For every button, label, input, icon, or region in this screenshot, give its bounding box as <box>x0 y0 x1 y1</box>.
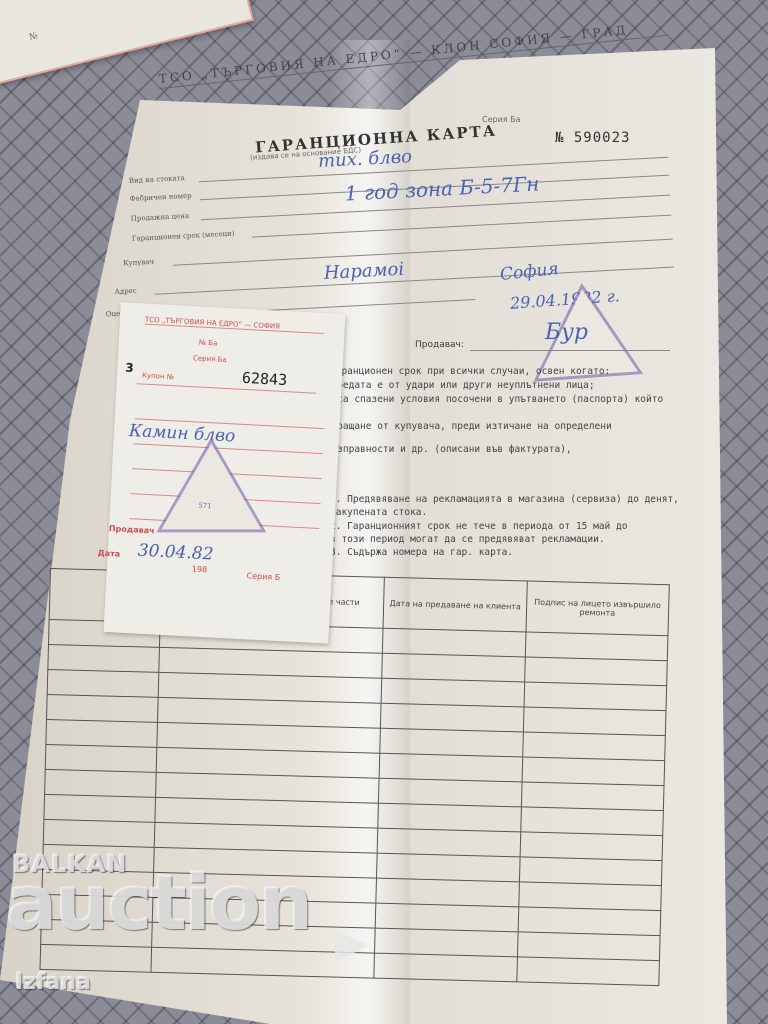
table-cell <box>377 853 520 882</box>
table-cell <box>525 632 668 661</box>
table-cell <box>520 832 663 861</box>
table-cell <box>379 778 522 807</box>
corner-mark: № <box>28 31 39 43</box>
table-cell <box>375 903 518 932</box>
coupon-triangle-stamp <box>156 437 266 532</box>
table-cell <box>375 928 518 957</box>
table-cell <box>376 878 519 907</box>
seller-label: Продавач: <box>415 340 464 350</box>
table-cell <box>45 744 157 772</box>
table-cell <box>520 807 663 836</box>
table-cell <box>378 803 521 832</box>
table-cell <box>44 794 156 822</box>
table-cell <box>524 682 667 711</box>
coupon-date-handwritten: 30.04.82 <box>137 541 214 565</box>
coupon-header: ТСО „ТЪРГОВИЯ НА ЕДРО“ — СОФИЯ <box>145 316 325 334</box>
series-label: Серия Ба <box>482 115 521 124</box>
field-value-item: тих. блво <box>318 146 413 172</box>
table-cell <box>381 703 524 732</box>
table-cell <box>377 828 520 857</box>
coupon-side-number: 3 <box>125 361 134 375</box>
table-cell <box>43 819 155 847</box>
table-cell <box>518 907 661 936</box>
seller-signature-line <box>470 350 670 351</box>
table-cell <box>47 694 159 722</box>
table-cell <box>45 769 157 797</box>
table-cell <box>40 944 152 972</box>
table-cell <box>524 657 667 686</box>
table-cell <box>374 953 517 982</box>
table-cell <box>521 782 664 811</box>
field-value-address: Нарамоі <box>323 259 404 284</box>
table-cell <box>382 653 525 682</box>
table-cell <box>518 882 661 911</box>
watermark-auction: auction <box>6 858 311 947</box>
stamp-number: 571 <box>198 502 212 511</box>
coupon-number: 62843 <box>242 369 288 389</box>
table-cell <box>517 932 660 961</box>
table-cell <box>380 728 523 757</box>
table-cell <box>516 957 659 986</box>
watermark-play-icon <box>335 930 369 962</box>
watermark-izfana: Izfana <box>15 970 91 995</box>
table-cell <box>523 707 666 736</box>
coupon-seller-label: Продавач <box>109 524 155 535</box>
table-cell <box>383 628 526 657</box>
table-cell <box>47 669 159 697</box>
table-cell <box>46 719 158 747</box>
seller-signature: Бур <box>545 320 588 345</box>
coupon-series: Серия Б <box>246 571 280 582</box>
table-cell <box>522 732 665 761</box>
table-cell <box>379 753 522 782</box>
table-cell <box>519 857 662 886</box>
table-cell <box>381 678 524 707</box>
table-cell <box>522 757 665 786</box>
coupon-date-label: Дата <box>97 548 120 558</box>
coupon-year-label: 198 <box>192 564 208 574</box>
table-cell <box>48 644 160 672</box>
coupon-stub: ТСО „ТЪРГОВИЯ НА ЕДРО“ — СОФИЯ 3 № Ба Се… <box>104 302 346 643</box>
